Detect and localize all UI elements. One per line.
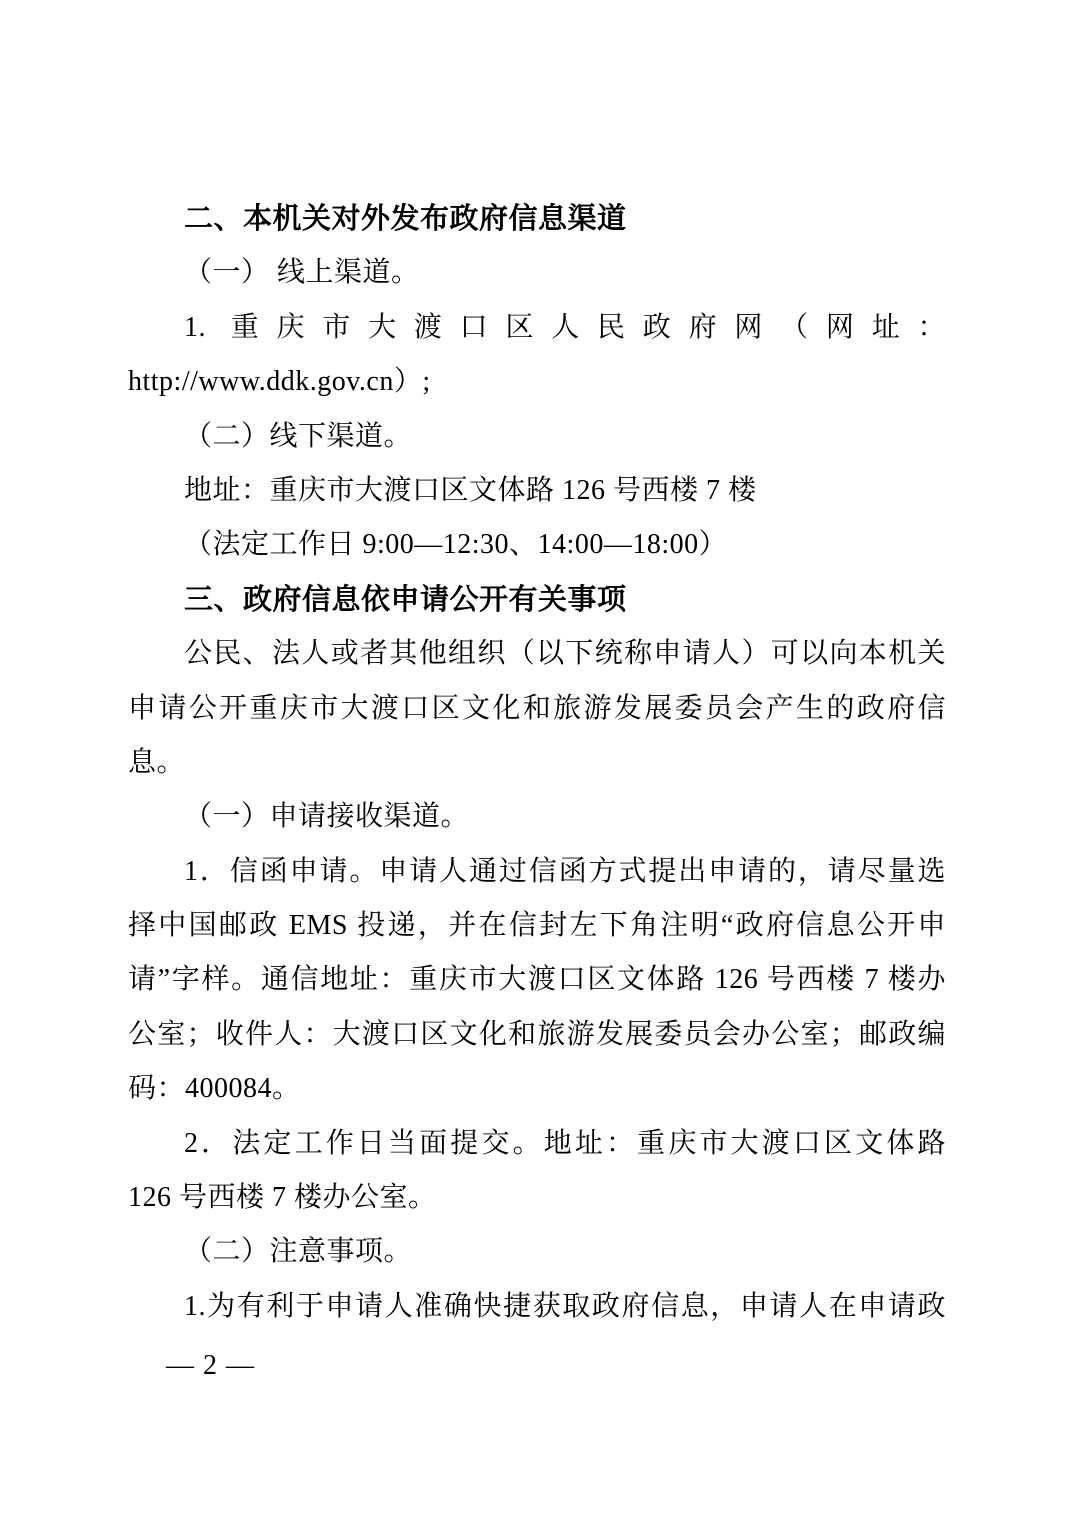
doc-line: 1. 重庆市大渡口区人民政府网（网址：	[128, 301, 946, 355]
doc-line: （二）注意事项。	[128, 1225, 946, 1279]
doc-line: 公室；收件人：大渡口区文化和旅游发展委员会办公室；邮政编	[128, 1008, 946, 1062]
doc-line: 1．信函申请。申请人通过信函方式提出申请的，请尽量选	[128, 845, 946, 899]
doc-line: （一） 线上渠道。	[128, 246, 946, 300]
document-body: 二、本机关对外发布政府信息渠道（一） 线上渠道。1. 重庆市大渡口区人民政府网（…	[128, 192, 946, 1334]
doc-line: （法定工作日 9:00—12:30、14:00—18:00）	[128, 518, 946, 572]
doc-line: 公民、法人或者其他组织（以下统称申请人）可以向本机关	[128, 627, 946, 681]
doc-line: （二）线下渠道。	[128, 410, 946, 464]
doc-line: 地址：重庆市大渡口区文体路 126 号西楼 7 楼	[128, 464, 946, 518]
doc-line: 1.为有利于申请人准确快捷获取政府信息，申请人在申请政	[128, 1280, 946, 1334]
section-heading: 三、政府信息依申请公开有关事项	[128, 573, 946, 627]
doc-line: 申请公开重庆市大渡口区文化和旅游发展委员会产生的政府信	[128, 682, 946, 736]
page-number: — 2 —	[166, 1346, 255, 1386]
document-page: 二、本机关对外发布政府信息渠道（一） 线上渠道。1. 重庆市大渡口区人民政府网（…	[0, 0, 1074, 1520]
doc-line: 码：400084。	[128, 1062, 946, 1116]
doc-line: 126 号西楼 7 楼办公室。	[128, 1171, 946, 1225]
doc-line: （一）申请接收渠道。	[128, 790, 946, 844]
doc-line: 2．法定工作日当面提交。地址：重庆市大渡口区文体路	[128, 1117, 946, 1171]
doc-line: 息。	[128, 736, 946, 790]
doc-line: 择中国邮政 EMS 投递，并在信封左下角注明“政府信息公开申	[128, 899, 946, 953]
doc-line: http://www.ddk.gov.cn）;	[128, 355, 946, 409]
doc-line: 请”字样。通信地址：重庆市大渡口区文体路 126 号西楼 7 楼办	[128, 953, 946, 1007]
section-heading: 二、本机关对外发布政府信息渠道	[128, 192, 946, 246]
